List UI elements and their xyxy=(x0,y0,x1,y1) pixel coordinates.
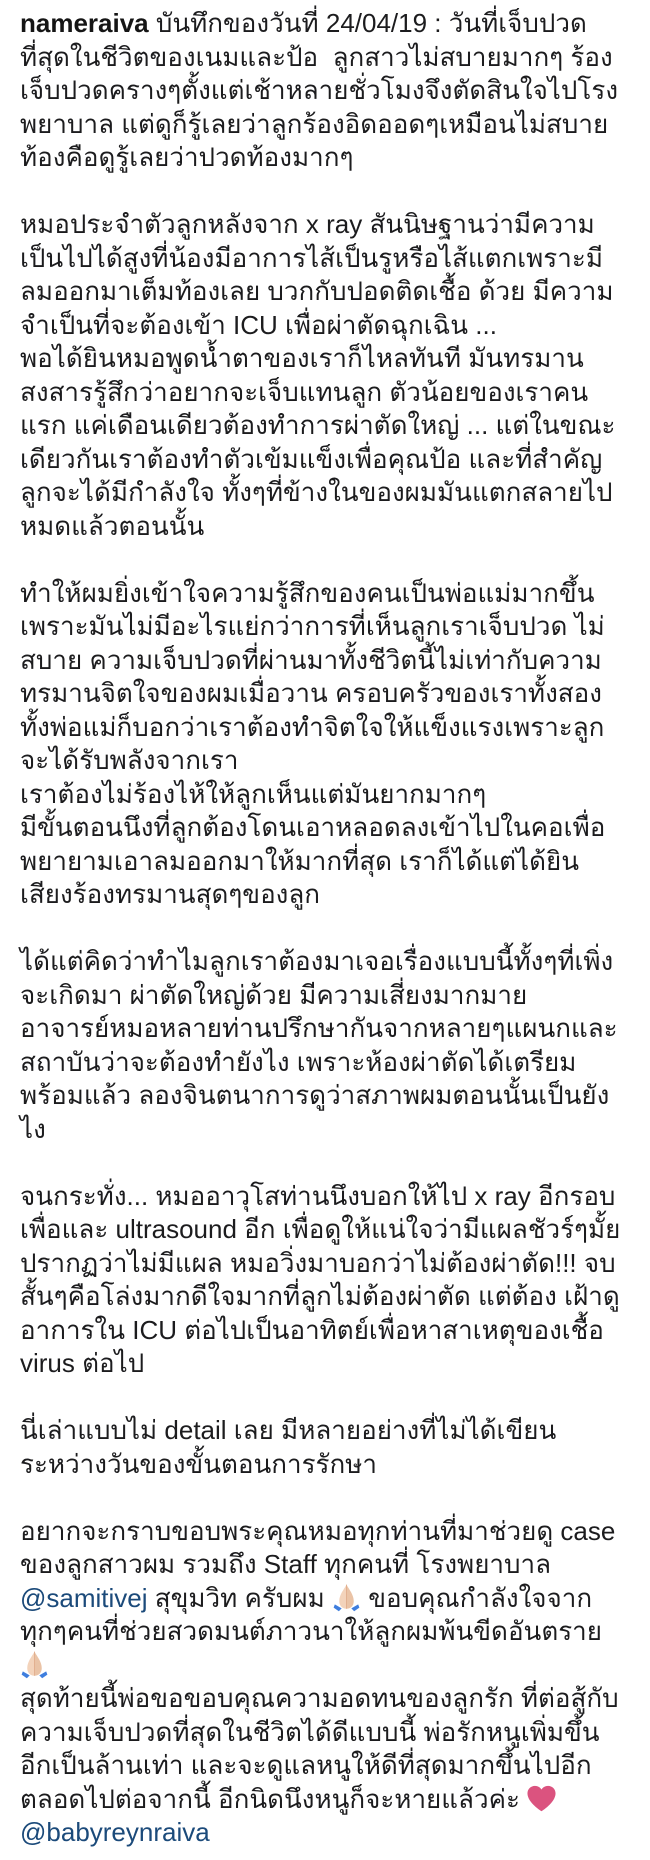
caption-paragraph: นี่เล่าแบบไม่ detail เลย มีหลายอย่างที่ไ… xyxy=(20,1414,630,1481)
praying-hands-emoji xyxy=(20,1650,49,1679)
caption-paragraph: nameraiva บันทึกของวันที่ 24/04/19 : วัน… xyxy=(20,7,630,175)
caption-text: ได้แต่คิดว่าทำไมลูกเราต้องมาเจอเรื่องแบบ… xyxy=(20,946,618,1144)
author-username[interactable]: nameraiva xyxy=(20,8,149,38)
caption-text: จนกระทั่ง... หมออาวุโสท่านนึงบอกให้ไป x … xyxy=(20,1181,628,1379)
caption-text: นี่เล่าแบบไม่ detail เลย มีหลายอย่างที่ไ… xyxy=(20,1415,556,1479)
caption-paragraph: ได้แต่คิดว่าทำไมลูกเราต้องมาเจอเรื่องแบบ… xyxy=(20,945,630,1146)
caption-text xyxy=(556,1784,563,1814)
caption-text: หมอประจำตัวลูกหลังจาก x ray สันนิษฐานว่า… xyxy=(20,209,616,541)
post-caption: nameraiva บันทึกของวันที่ 24/04/19 : วัน… xyxy=(0,0,650,1860)
mention-link[interactable]: @babyreynraiva xyxy=(20,1817,210,1847)
caption-paragraph: ทำให้ผมยิ่งเข้าใจความรู้สึกของคนเป็นพ่อแ… xyxy=(20,577,630,912)
praying-hands-emoji xyxy=(332,1583,361,1612)
caption-text: สุขุมวิท ครับผม xyxy=(148,1583,332,1613)
caption-paragraph: หมอประจำตัวลูกหลังจาก x ray สันนิษฐานว่า… xyxy=(20,208,630,543)
caption-paragraph: อยากจะกราบขอบพระคุณหมอทุกท่านที่มาช่วยดู… xyxy=(20,1515,630,1850)
caption-text: อยากจะกราบขอบพระคุณหมอทุกท่านที่มาช่วยดู… xyxy=(20,1516,623,1580)
caption-paragraph: จนกระทั่ง... หมออาวุโสท่านนึงบอกให้ไป x … xyxy=(20,1180,630,1381)
pink-heart-emoji xyxy=(527,1784,556,1813)
mention-link[interactable]: @samitivej xyxy=(20,1583,148,1613)
caption-text: ทำให้ผมยิ่งเข้าใจความรู้สึกของคนเป็นพ่อแ… xyxy=(20,578,605,910)
